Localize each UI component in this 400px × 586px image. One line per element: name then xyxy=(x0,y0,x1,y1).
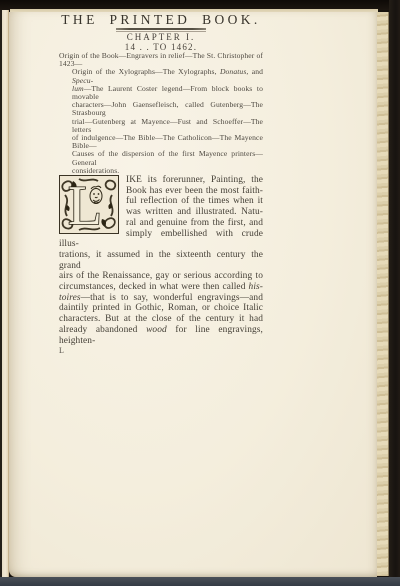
text-line: toires—that is to say, wonderful engravi… xyxy=(59,293,263,304)
chapter-heading: CHAPTER I. xyxy=(59,32,263,42)
text-line: daintily printed in Gothic, Roman, or ch… xyxy=(59,303,263,314)
text-line: Origin of the Book—Engravers in relief—T… xyxy=(59,52,263,68)
text-line: already abandoned wood for line engravin… xyxy=(59,325,263,346)
fore-edge-pages xyxy=(377,12,389,576)
page-title: THE PRINTED BOOK. xyxy=(59,12,263,28)
text-line: trial—Gutenberg at Mayence—Fust and Scho… xyxy=(72,118,263,134)
book-page: THE PRINTED BOOK. CHAPTER I. 14 . . TO 1… xyxy=(9,12,377,577)
signature-mark: L xyxy=(59,346,99,355)
rule-thick-line xyxy=(116,28,206,30)
text-line: lum—The Laurent Coster legend—From block… xyxy=(72,85,263,101)
body-paragraph: L IKE its forerunner, Painting, theBook … xyxy=(59,175,263,346)
text-line: characters. But at the close of the cent… xyxy=(59,314,263,325)
text-line: circumstances, decked in what were then … xyxy=(59,282,263,293)
binding-backdrop-right xyxy=(389,0,400,586)
text-line: considerations. xyxy=(72,167,263,175)
text-line: Causes of the dispersion of the first Ma… xyxy=(72,150,263,166)
text-line: characters—John Gaensefleisch, called Gu… xyxy=(72,101,263,117)
left-page-edge xyxy=(0,10,9,578)
table-surface-bottom xyxy=(0,577,400,586)
text-line: of indulgence—The Bible—The Catholicon—T… xyxy=(72,134,263,150)
text-line: trations, it assumed in the sixteenth ce… xyxy=(59,250,263,271)
text-column: THE PRINTED BOOK. CHAPTER I. 14 . . TO 1… xyxy=(59,12,263,577)
text-line: Origin of the Xylographs—The Xylographs,… xyxy=(72,68,263,84)
drop-cap-letter: L xyxy=(68,175,102,234)
chapter-synopsis: Origin of the Book—Engravers in relief—T… xyxy=(59,52,263,175)
text-line: airs of the Renaissance, gay or serious … xyxy=(59,271,263,282)
woodcut-initial-L: L xyxy=(59,175,119,234)
